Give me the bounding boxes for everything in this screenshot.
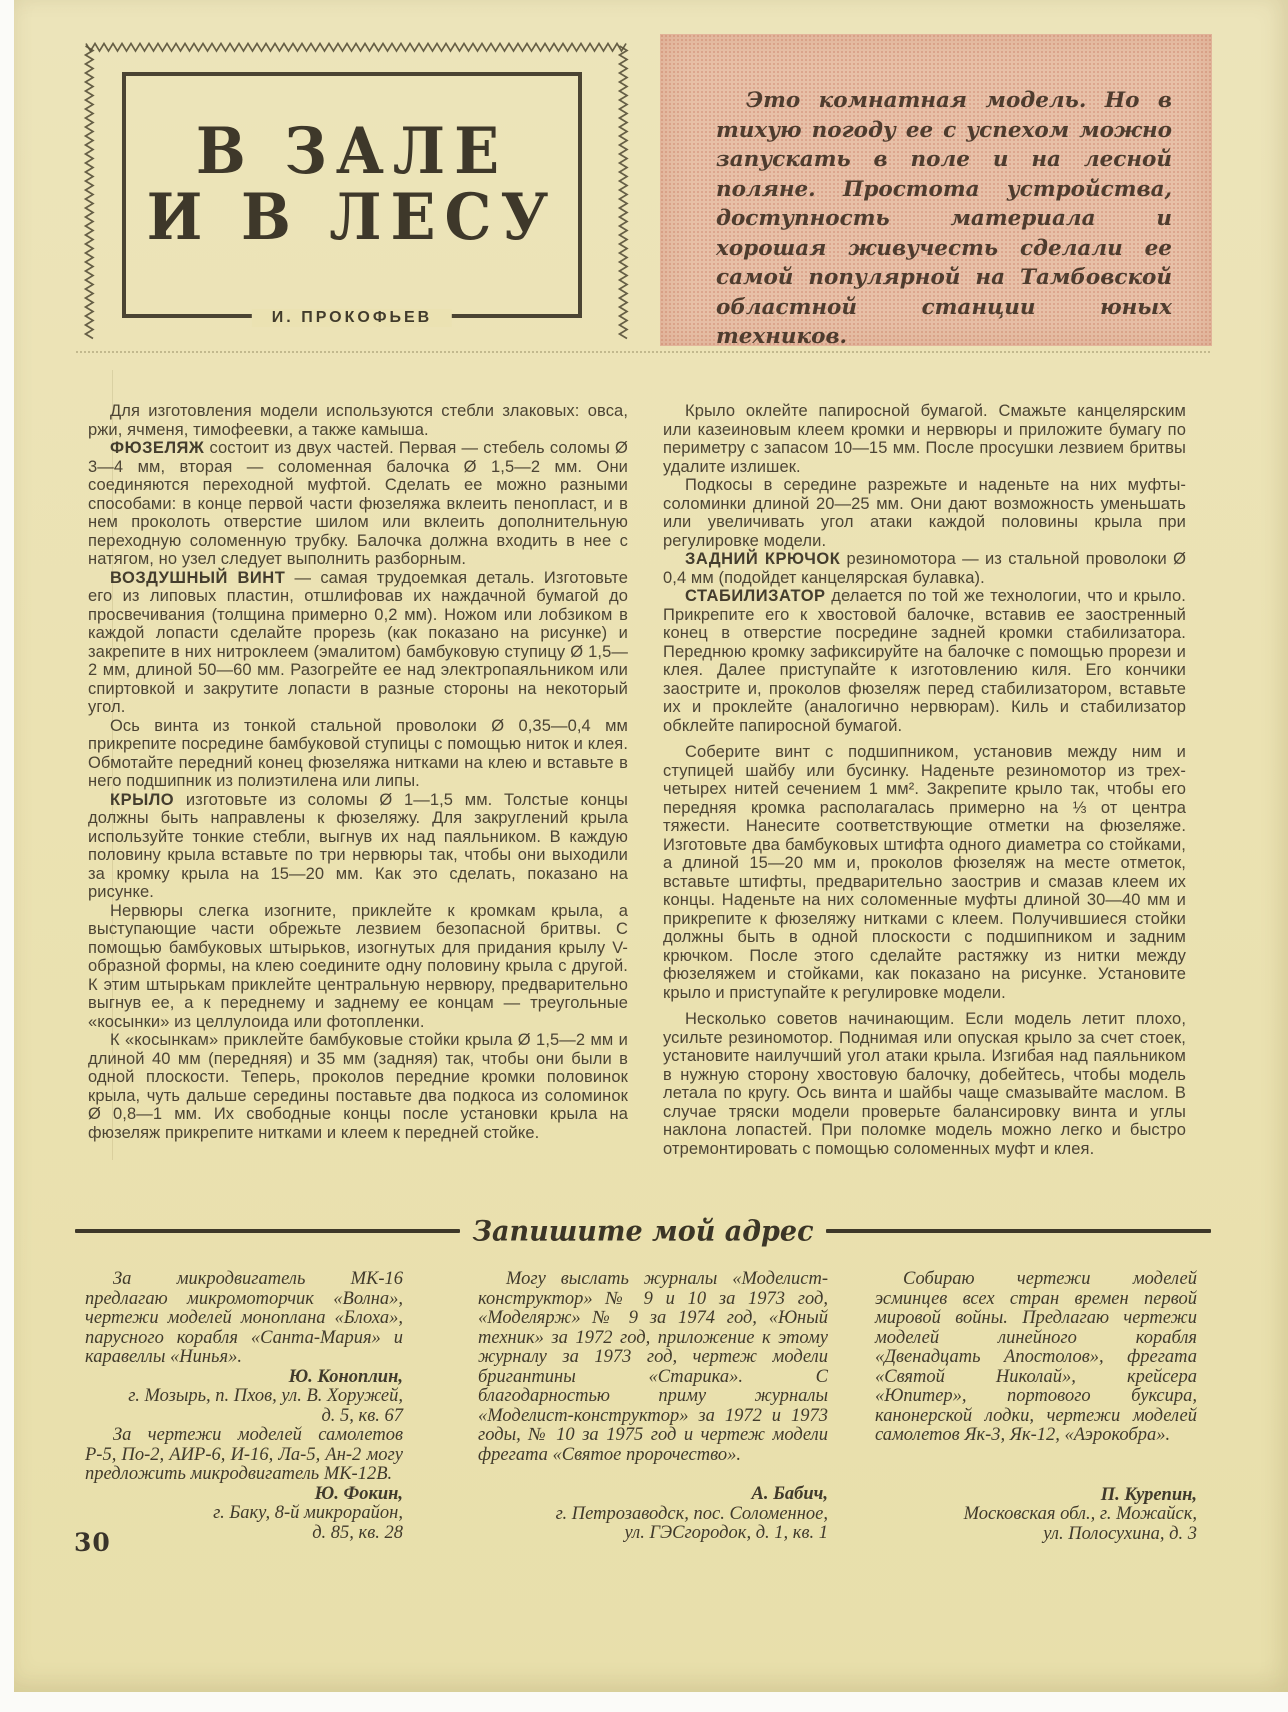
article-title-line1: В ЗАЛЕ [126,116,578,187]
paragraph-lead: КРЫЛО [110,791,174,809]
ad-signature: П. Курепин, [875,1486,1197,1506]
paragraph-lead: ЗАДНИЙ КРЮЧОК [685,550,840,568]
ad-signature: Ю. Фокин, [85,1485,403,1505]
paragraph-lead: ВОЗДУШНЫЙ ВИНТ [110,569,285,587]
paragraph-text: Ось винта из тонкой стальной проволоки Ø… [88,717,628,791]
paragraph: ВОЗДУШНЫЙ ВИНТ — самая трудоемкая деталь… [88,569,628,717]
paragraph: Несколько советов начинающим. Если модел… [663,1010,1186,1158]
ad-address-line: Московская обл., г. Можайск, [875,1505,1197,1525]
ad-column-1: За микродвигатель МК-16 предлагаю микром… [85,1270,403,1543]
dotted-divider [75,350,1211,354]
article-right-column: Крыло оклейте папиросной бумагой. Смажьт… [663,402,1186,1158]
author-byline: И. ПРОКОФЬЕВ [252,309,452,327]
magazine-page: В ЗАЛЕ И В ЛЕСУ И. ПРОКОФЬЕВ Это комнатн… [0,0,1288,1712]
ad-text: Собираю чертежи моделей эсминцев всех ст… [875,1270,1197,1446]
paragraph-text: Соберите винт с подшипником, установив м… [663,743,1186,1002]
paragraph: ФЮЗЕЛЯЖ состоит из двух частей. Первая —… [88,439,628,569]
paragraph: Ось винта из тонкой стальной проволоки Ø… [88,717,628,791]
heading-rule-left [75,1229,460,1233]
paragraph: Крыло оклейте папиросной бумагой. Смажьт… [663,402,1186,476]
ad-address-line: д. 85, кв. 28 [85,1524,403,1544]
ad-signature: Ю. Коноплин, [85,1368,403,1388]
heading-rule-right [826,1229,1211,1233]
paragraph-text: состоит из двух частей. Первая — стебель… [88,439,628,568]
paragraph: ЗАДНИЙ КРЮЧОК резиномотора — из стальной… [663,550,1186,587]
paragraph: СТАБИЛИЗАТОР делается по той же технолог… [663,587,1186,735]
paragraph-text: Для изготовления модели используются сте… [88,402,628,439]
ad-address-line: г. Мозырь, п. Пхов, ул. В. Хоружей, [85,1387,403,1407]
ads-section-header: Запишите мой адрес [75,1212,1211,1250]
ad-text: Могу выслать журналы «Моделист-конструкт… [478,1270,828,1465]
ad-text: За чертежи моделей самолетов Р-5, По-2, … [85,1426,403,1485]
paragraph: КРЫЛО изготовьте из соломы Ø 1—1,5 мм. Т… [88,791,628,902]
ad-address-line: ул. Полосухина, д. 3 [875,1525,1197,1545]
masthead-box: В ЗАЛЕ И В ЛЕСУ И. ПРОКОФЬЕВ [122,72,582,318]
ad-address-line: ул. ГЭСгородок, д. 1, кв. 1 [478,1524,828,1544]
paragraph: К «косынкам» приклейте бамбуковые стойки… [88,1031,628,1142]
ad-column-3: Собираю чертежи моделей эсминцев всех ст… [875,1270,1197,1544]
paragraph-text: К «косынкам» приклейте бамбуковые стойки… [88,1031,628,1142]
paragraph-lead: ФЮЗЕЛЯЖ [110,439,204,457]
ad-address-line: д. 5, кв. 67 [85,1407,403,1427]
article-title-line2: И В ЛЕСУ [126,182,578,253]
paragraph-lead: СТАБИЛИЗАТОР [685,587,826,605]
ads-heading: Запишите мой адрес [472,1215,813,1248]
ad-signature: А. Бабич, [478,1485,828,1505]
paragraph: Нервюры слегка изогните, приклейте к кро… [88,902,628,1032]
ad-text: За микродвигатель МК-16 предлагаю микром… [85,1270,403,1368]
zigzag-border-top-icon [86,42,626,54]
paragraph-text: Нервюры слегка изогните, приклейте к кро… [88,902,628,1031]
ad-address-line: г. Баку, 8-й микрорайон, [85,1504,403,1524]
ad-address-line: г. Петрозаводск, пос. Соломенное, [478,1505,828,1525]
intro-text: Это комнатная модель. Но в тихую погоду … [716,86,1172,352]
intro-box: Это комнатная модель. Но в тихую погоду … [660,34,1212,346]
paragraph-text: Несколько советов начинающим. Если модел… [663,1010,1186,1158]
zigzag-border-left-icon [84,46,96,340]
paragraph: Подкосы в середине разрежьте и наденьте … [663,476,1186,550]
paragraph-text: Крыло оклейте папиросной бумагой. Смажьт… [663,402,1186,476]
paragraph: Соберите винт с подшипником, установив м… [663,743,1186,1002]
article-left-column: Для изготовления модели используются сте… [88,402,628,1142]
paragraph-text: — самая трудоемкая деталь. Изготовьте ег… [88,569,628,717]
paragraph-text: делается по той же технологии, что и кры… [663,587,1186,735]
paragraph: Для изготовления модели используются сте… [88,402,628,439]
ad-column-2: Могу выслать журналы «Моделист-конструкт… [478,1270,828,1544]
zigzag-border-right-icon [618,46,630,340]
page-number: 30 [74,1528,111,1557]
paragraph-text: Подкосы в середине разрежьте и наденьте … [663,476,1186,550]
